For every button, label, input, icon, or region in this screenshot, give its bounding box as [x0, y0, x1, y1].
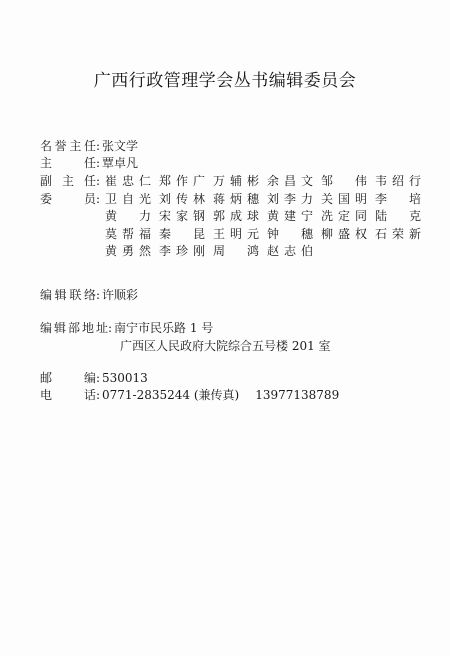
members-list: 卫自光刘传林蒋炳穗刘李力关国明李培 黄力宋家钢郭成球黄建宁冼定同陆克 莫帮福秦昆…	[105, 191, 429, 261]
postcode-label: 邮编	[40, 370, 96, 387]
member-name: 钟穗	[267, 226, 313, 244]
member-name: 冼定同	[321, 208, 367, 226]
member-name: 刘李力	[267, 191, 313, 209]
mobile-value: 13977138789	[255, 388, 339, 402]
member-name: 周鸿	[213, 243, 259, 261]
deputy-director-name: 郑作广	[159, 173, 205, 191]
deputy-directors-label: 副主任	[40, 173, 96, 190]
address-row: 编辑部地址:南宁市民乐路 1 号	[40, 320, 213, 337]
director-name: 覃卓凡	[102, 156, 138, 170]
editor-contact-row: 编辑联络:许顺彩	[40, 287, 138, 304]
members-line: 莫帮福秦昆王明元钟穗柳盛权石荣新	[105, 226, 429, 244]
members-line: 黄力宋家钢郭成球黄建宁冼定同陆克	[105, 208, 429, 226]
member-name: 黄力	[105, 208, 151, 226]
deputy-director-name: 万辅彬	[213, 173, 259, 191]
member-name: 黄勇然	[105, 243, 151, 261]
member-name: 陆克	[375, 208, 421, 226]
member-name: 关国明	[321, 191, 367, 209]
members-row: 委员:	[40, 191, 102, 208]
deputy-directors-list: 崔忠仁郑作广万辅彬余昌文邹伟韦绍行	[105, 173, 429, 191]
director-label: 主任	[40, 155, 96, 172]
address-line1: 南宁市民乐路 1 号	[114, 321, 213, 335]
deputy-directors-row: 副主任:	[40, 173, 102, 190]
members-line: 卫自光刘传林蒋炳穗刘李力关国明李培	[105, 191, 429, 209]
member-name: 石荣新	[375, 226, 421, 244]
member-name: 秦昆	[159, 226, 205, 244]
postcode-row: 邮编:530013	[40, 370, 148, 387]
member-name: 莫帮福	[105, 226, 151, 244]
member-name: 黄建宁	[267, 208, 313, 226]
member-name: 王明元	[213, 226, 259, 244]
members-line: 黄勇然李珍刚周鸿赵志伯	[105, 243, 429, 261]
honorary-director-row: 名誉主任:张文学	[40, 138, 138, 155]
member-name: 李培	[375, 191, 421, 209]
honorary-director-label: 名誉主任	[40, 138, 96, 155]
member-name: 宋家钢	[159, 208, 205, 226]
honorary-director-name: 张文学	[102, 139, 138, 153]
deputy-director-name: 余昌文	[267, 173, 313, 191]
editor-contact-label: 编辑联络	[40, 287, 96, 304]
editor-contact-name: 许顺彩	[102, 288, 138, 302]
members-label: 委员	[40, 191, 96, 208]
member-name: 刘传林	[159, 191, 205, 209]
member-name: 蒋炳穗	[213, 191, 259, 209]
postcode-value: 530013	[102, 371, 148, 385]
member-name: 郭成球	[213, 208, 259, 226]
member-name: 李珍刚	[159, 243, 205, 261]
member-name: 赵志伯	[267, 243, 313, 261]
address-label: 编辑部地址	[40, 320, 108, 337]
deputy-director-name: 韦绍行	[375, 173, 421, 191]
phone-value: 0771-2835244 (兼传真)	[102, 388, 239, 402]
member-name: 卫自光	[105, 191, 151, 209]
deputy-director-name: 邹伟	[321, 173, 367, 191]
deputy-director-name: 崔忠仁	[105, 173, 151, 191]
address-line2: 广西区人民政府大院综合五号楼 201 室	[120, 337, 331, 354]
page-title: 广西行政管理学会丛书编辑委员会	[0, 66, 450, 91]
phone-label: 电话	[40, 387, 96, 404]
phone-row: 电话:0771-2835244 (兼传真)13977138789	[40, 387, 339, 404]
member-name: 柳盛权	[321, 226, 367, 244]
director-row: 主任:覃卓凡	[40, 155, 138, 172]
